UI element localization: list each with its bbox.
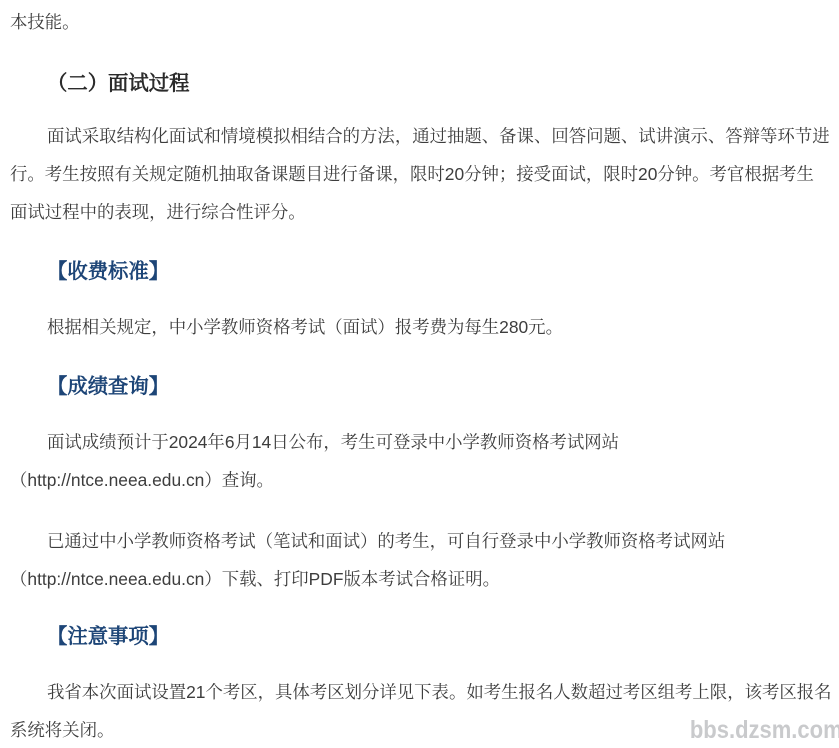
paragraph-line: 系统将关闭。 [10,720,114,740]
heading-text: 【注意事项】 [10,626,169,648]
paragraph-line: 面试过程中的表现，进行综合性评分。 [10,202,306,222]
heading-text: 【收费标准】 [10,261,169,283]
section-heading-score-query: 【成绩查询】 [10,368,830,406]
paragraph-line: 本技能。 [10,12,80,32]
paragraph-line: 面试采取结构化面试和情境模拟相结合的方法，通过抽题、备课、回答问题、试讲演示、答… [10,126,830,146]
section-heading-notes: 【注意事项】 [10,618,830,656]
paragraph-line-url: （http://ntce.neea.edu.cn）下载、打印PDF版本考试合格证… [10,569,500,589]
heading-text: （二）面试过程 [10,73,189,95]
watermark: bbs.dzsm.com [690,716,839,745]
paragraph-interview-process: 面试采取结构化面试和情境模拟相结合的方法，通过抽题、备课、回答问题、试讲演示、答… [10,117,830,231]
section-heading-fees: 【收费标准】 [10,253,830,291]
paragraph-certificate: 已通过中小学教师资格考试（笔试和面试）的考生，可自行登录中小学教师资格考试网站 … [10,522,830,598]
paragraph-line: 面试成绩预计于2024年6月14日公布，考生可登录中小学教师资格考试网站 [10,432,619,452]
paragraph-line: 行。考生按照有关规定随机抽取备课题目进行备课，限时20分钟；接受面试，限时20分… [10,164,814,184]
paragraph-fees: 根据相关规定，中小学教师资格考试（面试）报考费为每生280元。 [10,308,830,346]
paragraph-line: 已通过中小学教师资格考试（笔试和面试）的考生，可自行登录中小学教师资格考试网站 [10,531,725,551]
paragraph-tail: 本技能。 [10,3,830,41]
document-body: 本技能。 （二）面试过程 面试采取结构化面试和情境模拟相结合的方法，通过抽题、备… [0,0,839,748]
paragraph-line: 我省本次面试设置21个考区，具体考区划分详见下表。如考生报名人数超过考区组考上限… [10,682,832,702]
paragraph-score-query: 面试成绩预计于2024年6月14日公布，考生可登录中小学教师资格考试网站 （ht… [10,423,830,499]
paragraph-line-url: （http://ntce.neea.edu.cn）查询。 [10,470,274,490]
paragraph-line: 根据相关规定，中小学教师资格考试（面试）报考费为每生280元。 [10,317,563,337]
section-heading-interview-process: （二）面试过程 [10,65,830,103]
heading-text: 【成绩查询】 [10,376,169,398]
